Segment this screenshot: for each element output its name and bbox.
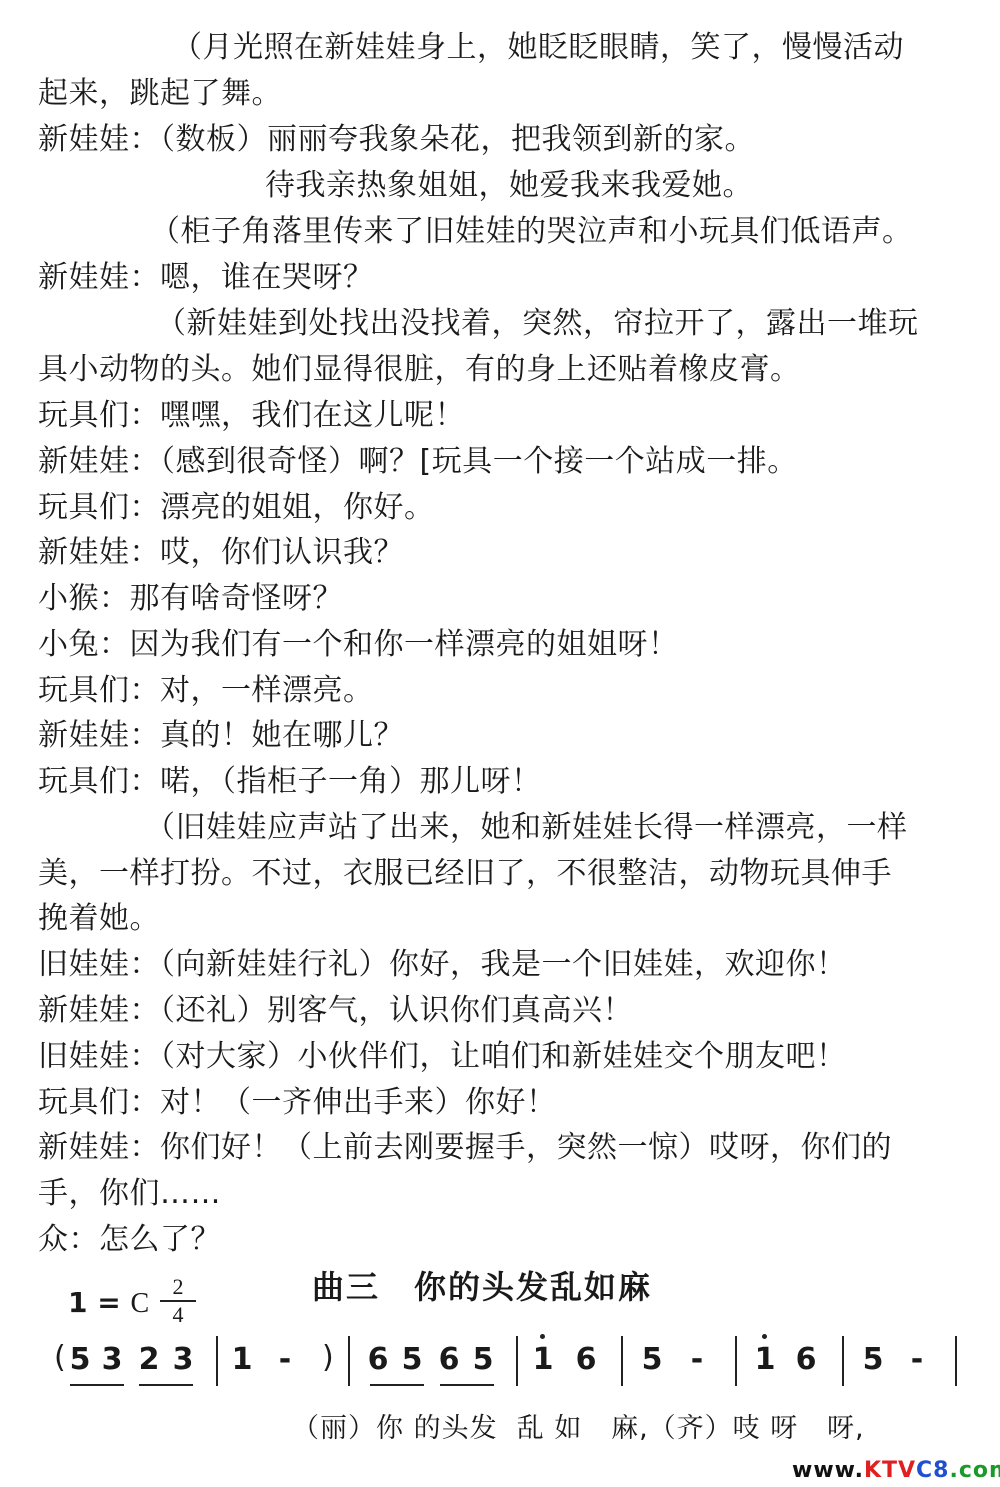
- note: 6: [438, 1342, 460, 1377]
- key-prefix: 1 =: [68, 1286, 130, 1319]
- stage-direction-cont: 挽着她。: [38, 899, 968, 939]
- stage-direction: （旧娃娃应声站了出来，她和新娃娃长得一样漂亮，一样: [145, 808, 1000, 848]
- note: 1: [231, 1342, 253, 1377]
- watermark-c8: C8: [916, 1458, 949, 1483]
- dialogue-line: 玩具们：喏，（指柜子一角）那儿呀！: [38, 762, 968, 802]
- high-octave-dot: [540, 1334, 545, 1339]
- time-signature: 2 4: [160, 1276, 196, 1326]
- dialogue-line: 玩具们：漂亮的姐姐，你好。: [38, 488, 968, 528]
- note: 5: [641, 1342, 663, 1377]
- time-numerator: 2: [160, 1276, 196, 1298]
- note: 6: [795, 1342, 817, 1377]
- barline: [842, 1336, 844, 1386]
- key-note: C: [130, 1288, 149, 1319]
- note: 5: [69, 1342, 91, 1377]
- document-page: （月光照在新娃娃身上，她眨眨眼睛，笑了，慢慢活动 起来，跳起了舞。 新娃娃：（数…: [0, 0, 1000, 1487]
- song-lyrics: （丽）你 的头发 乱 如 麻,（齐）吱 呀 呀,: [292, 1406, 865, 1445]
- note: 6: [367, 1342, 389, 1377]
- dialogue-line: 旧娃娃：（向新娃娃行礼）你好，我是一个旧娃娃，欢迎你！: [38, 945, 968, 985]
- stage-direction: （新娃娃到处找出没找着，突然，帘拉开了，露出一堆玩: [156, 304, 1000, 344]
- dialogue-line: 新娃娃：哎，你们认识我？: [38, 533, 968, 573]
- barline: [216, 1336, 218, 1386]
- dialogue-line: 众：怎么了？: [38, 1220, 968, 1260]
- dialogue-line: 新娃娃：真的！她在哪儿？: [38, 716, 968, 756]
- dash: -: [274, 1342, 296, 1377]
- note: 2: [138, 1342, 160, 1377]
- barline: [621, 1336, 623, 1386]
- watermark-com: .com: [949, 1458, 1000, 1483]
- dialogue-line: 玩具们：对！（一齐伸出手来）你好！: [38, 1083, 968, 1123]
- note: 3: [172, 1342, 194, 1377]
- jianpu-notation: ( 5 3 2 3 1 - ) 6 5 6 5 1 6 5 - 1 6: [0, 1336, 1000, 1396]
- watermark-ktv: KTV: [864, 1458, 916, 1483]
- note: 5: [401, 1342, 423, 1377]
- dash: -: [686, 1342, 708, 1377]
- note: 6: [575, 1342, 597, 1377]
- stage-direction-cont: 美，一样打扮。不过，衣服已经旧了，不很整洁，动物玩具伸手: [38, 854, 968, 894]
- key-signature: 1 = C: [68, 1286, 149, 1320]
- song-title: 曲三 你的头发乱如麻: [312, 1262, 652, 1308]
- note-high: 1: [754, 1342, 776, 1377]
- barline: [955, 1336, 957, 1386]
- stage-direction-cont: 具小动物的头。她们显得很脏，有的身上还贴着橡皮膏。: [38, 350, 968, 390]
- stage-direction-cont: 起来，跳起了舞。: [38, 74, 968, 114]
- dialogue-cont: 待我亲热象姐姐，她爱我来我爱她。: [265, 166, 1000, 206]
- eighth-underline: [370, 1384, 424, 1386]
- dialogue-line: 新娃娃：嗯，谁在哭呀？: [38, 258, 968, 298]
- high-octave-dot: [762, 1334, 767, 1339]
- dialogue-line: 玩具们：嘿嘿，我们在这儿呢！: [38, 396, 968, 436]
- note-high: 1: [532, 1342, 554, 1377]
- barline: [516, 1336, 518, 1386]
- watermark-www: www.: [792, 1458, 864, 1483]
- dialogue-line: 玩具们：对，一样漂亮。: [38, 671, 968, 711]
- dash: -: [906, 1342, 928, 1377]
- barline: [348, 1336, 350, 1386]
- dialogue-line: 新娃娃：（数板）丽丽夸我象朵花，把我领到新的家。: [38, 120, 968, 160]
- open-paren: (: [54, 1340, 66, 1375]
- note: 5: [472, 1342, 494, 1377]
- note: 3: [101, 1342, 123, 1377]
- stage-direction: （柜子角落里传来了旧娃娃的哭泣声和小玩具们低语声。: [150, 212, 1000, 252]
- note: 5: [862, 1342, 884, 1377]
- dialogue-cont: 手，你们……: [38, 1174, 968, 1214]
- dialogue-line: 小猴：那有啥奇怪呀？: [38, 579, 968, 619]
- eighth-underline: [440, 1384, 494, 1386]
- dialogue-line: 新娃娃：你们好！（上前去刚要握手，突然一惊）哎呀，你们的: [38, 1128, 968, 1168]
- dialogue-line: 新娃娃：（感到很奇怪）啊？[玩具一个接一个站成一排。: [38, 442, 968, 482]
- stage-direction: （月光照在新娃娃身上，她眨眨眼睛，笑了，慢慢活动: [172, 28, 1000, 68]
- site-watermark: www.KTVC8.com: [792, 1458, 1000, 1483]
- dialogue-line: 新娃娃：（还礼）别客气，认识你们真高兴！: [38, 991, 968, 1031]
- close-paren: ): [322, 1340, 334, 1375]
- barline: [735, 1336, 737, 1386]
- dialogue-line: 旧娃娃：（对大家）小伙伴们，让咱们和新娃娃交个朋友吧！: [38, 1037, 968, 1077]
- dialogue-line: 小兔：因为我们有一个和你一样漂亮的姐姐呀！: [38, 625, 968, 665]
- time-denominator: 4: [160, 1304, 196, 1326]
- eighth-underline: [139, 1384, 193, 1386]
- eighth-underline: [70, 1384, 124, 1386]
